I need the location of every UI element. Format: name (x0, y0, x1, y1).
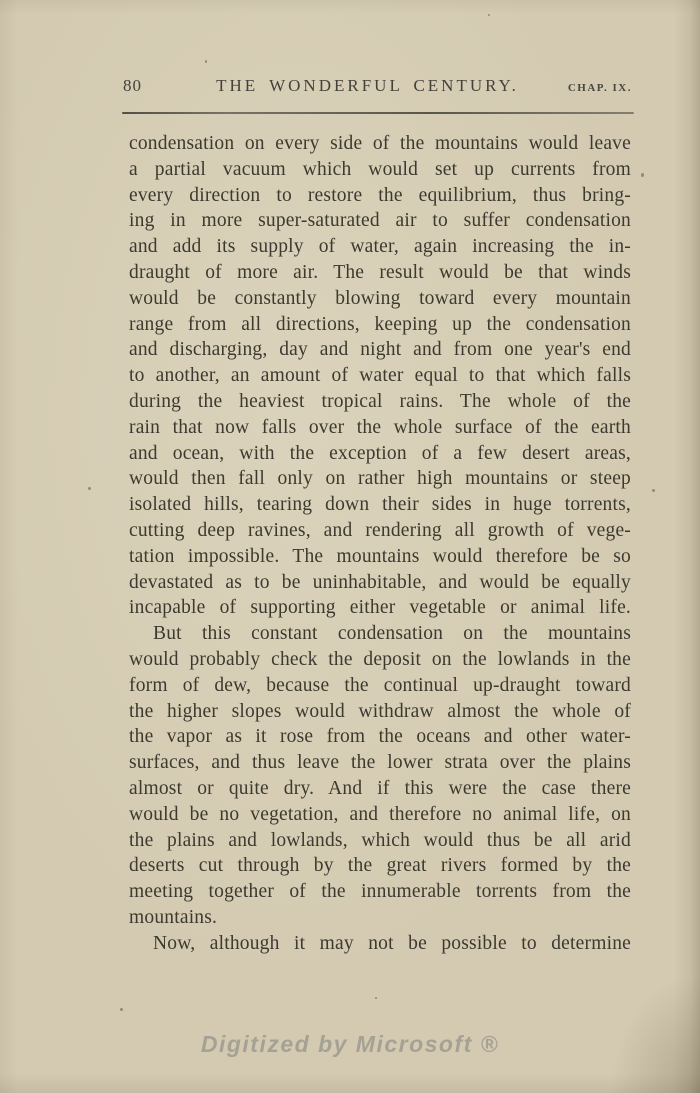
text-line: during the heaviest tropical rains. The … (129, 389, 631, 415)
text-line: incapable of supporting either vegetable… (129, 595, 631, 621)
paper-speck (88, 487, 91, 490)
text-line: and discharging, day and night and from … (129, 337, 631, 363)
text-line: form of dew, because the continual up-dr… (129, 673, 631, 699)
text-line: cutting deep ravines, and rendering all … (129, 518, 631, 544)
paper-speck (120, 1008, 123, 1011)
text-line-paragraph-start: But this constant condensation on the mo… (129, 621, 631, 647)
body-text: condensation on every side of the mounta… (129, 131, 631, 957)
text-line: the vapor as it rose from the oceans and… (129, 724, 631, 750)
text-line: and add its supply of water, again incre… (129, 234, 631, 260)
text-line: the plains and lowlands, which would thu… (129, 828, 631, 854)
text-line: the higher slopes would withdraw almost … (129, 699, 631, 725)
paper-speck (641, 173, 644, 177)
paper-speck (652, 489, 655, 492)
text-line: would be no vegetation, and therefore no… (129, 802, 631, 828)
text-line: ing in more super-saturated air to suffe… (129, 208, 631, 234)
paper-speck (375, 997, 377, 999)
text-line: rain that now falls over the whole surfa… (129, 415, 631, 441)
header-rule (122, 112, 634, 114)
text-line: every direction to restore the equilibri… (129, 183, 631, 209)
text-line: a partial vacuum which would set up curr… (129, 157, 631, 183)
watermark: Digitized by Microsoft ® (0, 1031, 700, 1058)
text-line: would be constantly blowing toward every… (129, 286, 631, 312)
text-line: tation impossible. The mountains would t… (129, 544, 631, 570)
text-line: almost or quite dry. And if this were th… (129, 776, 631, 802)
running-title: THE WONDERFUL CENTURY. (183, 76, 552, 96)
text-line: draught of more air. The result would be… (129, 260, 631, 286)
text-line: range from all directions, keeping up th… (129, 312, 631, 338)
text-line: to another, an amount of water equal to … (129, 363, 631, 389)
text-line: devastated as to be uninhabitable, and w… (129, 570, 631, 596)
text-line: surfaces, and thus leave the lower strat… (129, 750, 631, 776)
text-line: meeting together of the innumerable torr… (129, 879, 631, 905)
text-line: would then fall only on rather high moun… (129, 466, 631, 492)
text-line: condensation on every side of the mounta… (129, 131, 631, 157)
text-line: would probably check the deposit on the … (129, 647, 631, 673)
paper-speck (205, 60, 207, 63)
page-header: 80 THE WONDERFUL CENTURY. CHAP. IX. (123, 76, 632, 96)
page-number: 80 (123, 76, 183, 96)
text-line: and ocean, with the exception of a few d… (129, 441, 631, 467)
text-line: deserts cut through by the great rivers … (129, 853, 631, 879)
book-page-scan: 80 THE WONDERFUL CENTURY. CHAP. IX. cond… (0, 0, 700, 1093)
text-line: isolated hills, tearing down their sides… (129, 492, 631, 518)
paper-speck (488, 14, 490, 16)
chapter-label: CHAP. IX. (552, 82, 632, 94)
text-line-paragraph-end: mountains. (129, 905, 631, 931)
text-line-paragraph-start: Now, although it may not be possible to … (129, 931, 631, 957)
